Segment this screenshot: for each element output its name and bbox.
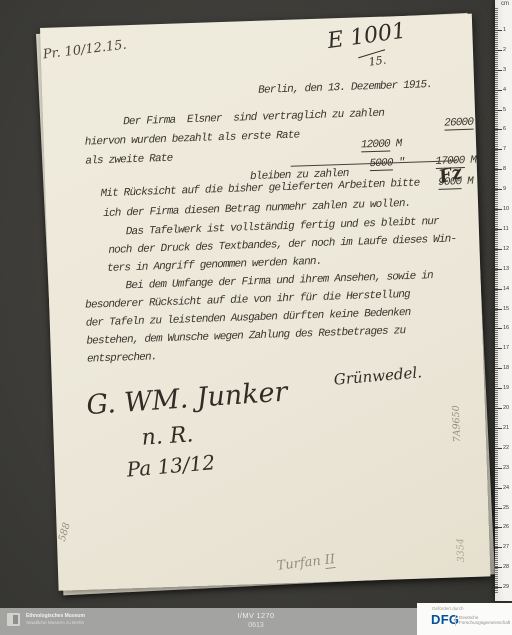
ruler-cm-tick (495, 309, 502, 310)
ruler-cm-number: 21 (503, 425, 509, 431)
ruler-cm-tick (495, 50, 502, 51)
ruler-cm-number: 27 (503, 544, 509, 550)
ruler-cm-tick (495, 567, 502, 568)
pencil-note-turfan: Turfan II (250, 537, 338, 592)
ruler-cm-number: 16 (503, 325, 509, 331)
ruler-cm-number: 6 (503, 126, 506, 132)
ruler-cm-tick (495, 229, 502, 230)
signature-block-line2: n. R. (141, 422, 194, 450)
ruler-cm-number: 25 (503, 505, 509, 511)
ruler-cm-number: 17 (503, 345, 509, 351)
ruler-cm-tick (495, 70, 502, 71)
ruler-cm-tick (495, 110, 502, 111)
ledger-row2-label: hiervon wurden bezahlt als erste Rate (85, 129, 300, 148)
ruler-cm-number: 5 (503, 107, 506, 113)
ruler-cm-tick (495, 289, 502, 290)
ruler-cm-tick (495, 488, 502, 489)
ruler-cm-number: 19 (503, 385, 509, 391)
ruler-cm-number: 18 (503, 365, 509, 371)
annotation-top-right-numerator: E 1001 (326, 18, 408, 54)
signature-gruenwedel: Grünwedel. (333, 363, 422, 388)
ruler-cm-tick (495, 408, 502, 409)
annotation-top-right: E 1001 15. (326, 17, 422, 79)
ruler-cm-number: 7 (503, 146, 506, 152)
ruler-cm-number: 9 (503, 186, 506, 192)
dfg-funding-box: Gefördert durch DFG Deutsche Forschungsg… (417, 603, 512, 635)
pencil-number-right-upper: 7A9650 (451, 405, 463, 442)
dfg-name-line2: Forschungsgemeinschaft (459, 620, 510, 625)
date-line: Berlin, den 13. Dezember 1915. (258, 79, 432, 97)
ruler-cm-number: 11 (503, 226, 509, 232)
ruler-cm-tick (495, 169, 502, 170)
ruler-cm-number: 15 (503, 306, 509, 312)
funding-note: Gefördert durch (432, 606, 464, 611)
dfg-divider (455, 615, 456, 626)
ruler-cm-tick (495, 328, 502, 329)
annotation-top-right-denominator: 15. (368, 53, 387, 68)
ruler-cm-number: 4 (503, 87, 506, 93)
annotation-top-left: Pr. 10/12.15. (42, 38, 127, 63)
ruler-cm-tick (495, 249, 502, 250)
ruler-cm-tick (495, 587, 502, 588)
ruler-cm-tick (495, 149, 502, 150)
signature-block-line3: Pa 13/12 (126, 450, 216, 481)
typed-line: bestehen, dem Wunsche wegen Zahlung des … (86, 325, 405, 348)
pencil-number-right-lower: 3354 (455, 538, 467, 563)
ruler-cm-tick (495, 348, 502, 349)
ruler-cm-tick (495, 468, 502, 469)
signature-block-line1: G. WM. Junker (86, 377, 289, 422)
ruler-unit-label: cm (501, 1, 509, 7)
ruler-cm-tick (495, 129, 502, 130)
ruler-cm-number: 13 (503, 266, 509, 272)
ruler-cm-number: 8 (503, 166, 506, 172)
ruler-cm-number: 12 (503, 246, 509, 252)
ruler-cm-tick (495, 547, 502, 548)
ruler-cm-tick (495, 388, 502, 389)
ledger-row1-amount: 26000 M (409, 104, 486, 142)
ruler-cm-number: 14 (503, 286, 509, 292)
ruler-cm-number: 22 (503, 445, 509, 451)
ruler-cm-number: 20 (503, 405, 509, 411)
document-page: Pr. 10/12.15. E 1001 15. Berlin, den 13.… (40, 14, 490, 591)
ruler-cm-number: 28 (503, 564, 509, 570)
ruler-cm-tick (495, 209, 502, 210)
ruler-cm-tick (495, 189, 502, 190)
ruler-cm-tick (495, 508, 502, 509)
scan-viewport: Pr. 10/12.15. E 1001 15. Berlin, den 13.… (0, 0, 512, 635)
ruler-cm-tick (495, 527, 502, 528)
ruler-cm-tick (495, 368, 502, 369)
typed-line: ich der Firma diesen Betrag nunmehr zahl… (103, 198, 411, 220)
typed-line: ters in Angriff genommen werden kann. (107, 256, 322, 275)
ruler-cm-number: 23 (503, 465, 509, 471)
typed-line: entsprechen. (87, 351, 157, 365)
ledger-row3-label: als zweite Rate (85, 153, 172, 168)
pencil-number-left: 588 (57, 521, 73, 542)
ruler-cm-tick (495, 428, 502, 429)
ruler-cm-number: 10 (503, 206, 509, 212)
ruler-cm-number: 29 (503, 584, 509, 590)
ruler-cm-tick (495, 269, 502, 270)
ledger-row1-label: Der Firma Elsner sind vertraglich zu zah… (123, 108, 384, 129)
dfg-full-name: Deutsche Forschungsgemeinschaft (459, 615, 510, 626)
ruler-cm-number: 1 (503, 27, 506, 33)
ruler-cm-number: 3 (503, 67, 506, 73)
ruler-cm-number: 26 (503, 524, 509, 530)
ruler-cm-tick (495, 30, 502, 31)
ruler-cm-tick (495, 448, 502, 449)
ruler-cm-tick (495, 90, 502, 91)
ruler: cm 1234567891011121314151617181920212223… (495, 0, 512, 601)
ruler-cm-number: 2 (503, 47, 506, 53)
ruler-cm-number: 24 (503, 485, 509, 491)
